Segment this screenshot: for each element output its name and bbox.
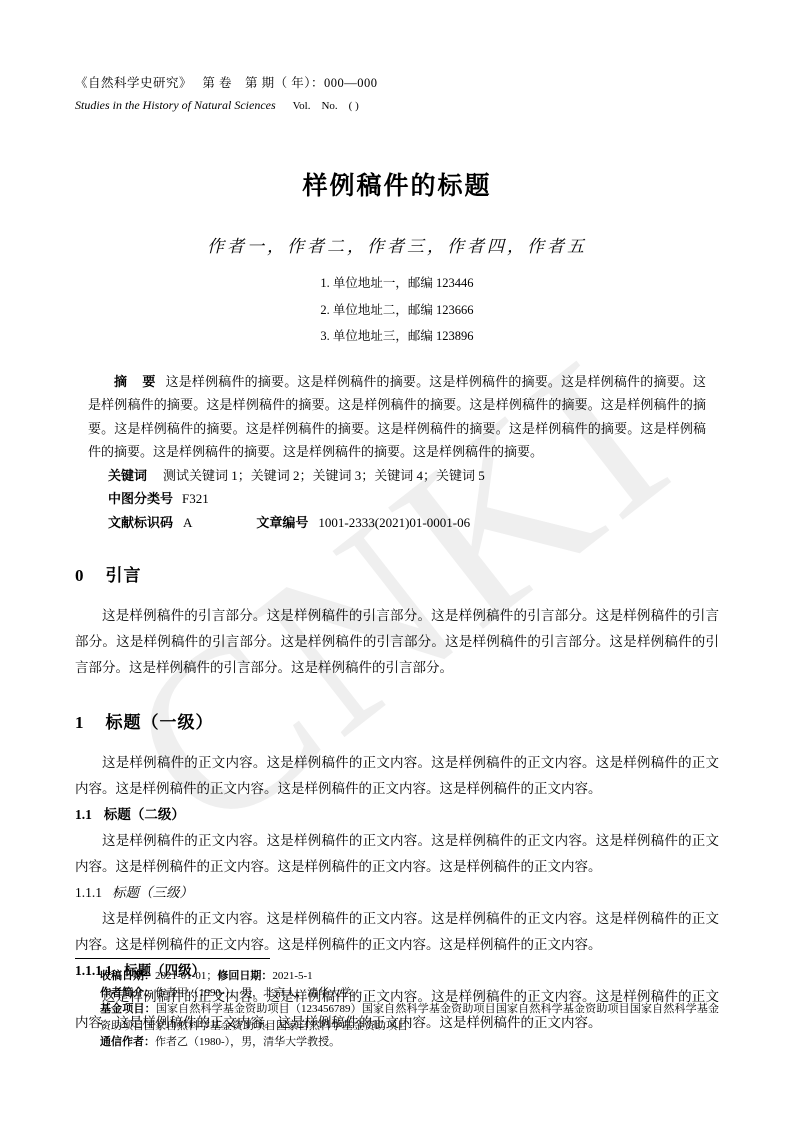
doc-code-label: 文献标识码 [108,515,173,530]
footnote-corresponding: 通信作者：作者乙（1980-），男，清华大学教授。 [100,1034,719,1051]
journal-vol-no: Vol. No. ( ) [293,100,359,112]
keywords-text: 测试关键词 1；关键词 2；关键词 3；关键词 4；关键词 5 [163,468,485,483]
funding-value: 国家自然科学基金资助项目（123456789）国家自然科学基金资助项目国家自然科… [100,1003,719,1032]
footnote-area: 收稿日期：2021-01-01；修回日期：2021-5-1 作者简介：作者甲（1… [75,958,719,1051]
abstract-text: 这是样例稿件的摘要。这是样例稿件的摘要。这是样例稿件的摘要。这是样例稿件的摘要。… [88,374,706,460]
running-head: 《自然科学史研究》 第 卷 第 期（ 年）：000—000 Studies in… [75,76,719,114]
heading-title: 标题（二级） [104,807,185,822]
affiliation-item: 1. 单位地址一，邮编 123446 [75,270,719,297]
document-page: CNKI 《自然科学史研究》 第 卷 第 期（ 年）：000—000 Studi… [0,0,794,1123]
paragraph: 这是样例稿件的引言部分。这是样例稿件的引言部分。这是样例稿件的引言部分。这是样例… [75,603,719,681]
heading-level3: 1.1.1标题（三级） [75,880,719,906]
affiliations: 1. 单位地址一，邮编 123446 2. 单位地址二，邮编 123666 3.… [75,270,719,350]
funding-label: 基金项目： [100,1003,156,1015]
article-id-label: 文章编号 [256,515,308,530]
keywords-line: 关键词测试关键词 1；关键词 2；关键词 3；关键词 4；关键词 5 [88,464,706,488]
heading-title: 标题（一级） [106,713,214,732]
article-title: 样例稿件的标题 [75,166,719,202]
heading-level1: 1标题（一级） [75,708,719,733]
revised-value: 2021-5-1 [272,970,312,982]
heading-title: 引言 [106,566,142,585]
paragraph: 这是样例稿件的正文内容。这是样例稿件的正文内容。这是样例稿件的正文内容。这是样例… [75,750,719,802]
footnote-block: 收稿日期：2021-01-01；修回日期：2021-5-1 作者简介：作者甲（1… [75,968,719,1051]
bio-value: 作者甲（1990-），男，北京人，清华大学。 [155,987,362,999]
affiliation-item: 2. 单位地址二，邮编 123666 [75,297,719,324]
bio-label: 作者简介： [100,987,155,999]
section-1-1: 1.1标题（二级） 这是样例稿件的正文内容。这是样例稿件的正文内容。这是样例稿件… [75,802,719,880]
section-1-1-1: 1.1.1标题（三级） 这是样例稿件的正文内容。这是样例稿件的正文内容。这是样例… [75,880,719,958]
corresponding-value: 作者乙（1980-），男，清华大学教授。 [155,1036,340,1048]
heading-number: 1.1 [75,807,92,822]
journal-title-en: Studies in the History of Natural Scienc… [75,98,276,112]
page-content: 《自然科学史研究》 第 卷 第 期（ 年）：000—000 Studies in… [0,0,794,1036]
paragraph: 这是样例稿件的正文内容。这是样例稿件的正文内容。这是样例稿件的正文内容。这是样例… [75,906,719,958]
footnote-bio: 作者简介：作者甲（1990-），男，北京人，清华大学。 [100,985,719,1002]
abstract-block: 摘 要这是样例稿件的摘要。这是样例稿件的摘要。这是样例稿件的摘要。这是样例稿件的… [88,370,706,535]
affiliation-item: 3. 单位地址三，邮编 123896 [75,323,719,350]
clc-label: 中图分类号 [108,491,173,506]
heading-title: 标题（三级） [112,885,193,900]
footnote-separator [75,958,270,959]
corresponding-label: 通信作者： [100,1036,155,1048]
revised-label: 修回日期： [217,970,272,982]
abstract-label: 摘 要 [114,374,157,389]
clc-line: 中图分类号F321 [88,487,706,511]
journal-line-cn: 《自然科学史研究》 第 卷 第 期（ 年）：000—000 [75,76,719,91]
codes-line: 文献标识码A文章编号1001-2333(2021)01-0001-06 [88,511,706,535]
section-intro: 0引言 这是样例稿件的引言部分。这是样例稿件的引言部分。这是样例稿件的引言部分。… [75,561,719,681]
doc-code-value: A [183,515,192,530]
heading-number: 1.1.1 [75,885,102,900]
received-label: 收稿日期： [100,970,155,982]
article-id-value: 1001-2333(2021)01-0001-06 [318,515,470,530]
clc-value: F321 [182,491,209,506]
authors-line: 作者一，作者二，作者三，作者四，作者五 [75,232,719,257]
heading-level1: 0引言 [75,561,719,586]
keywords-label: 关键词 [108,468,147,483]
heading-number: 1 [75,713,85,732]
section-1: 1标题（一级） 这是样例稿件的正文内容。这是样例稿件的正文内容。这是样例稿件的正… [75,708,719,802]
abstract-paragraph: 摘 要这是样例稿件的摘要。这是样例稿件的摘要。这是样例稿件的摘要。这是样例稿件的… [88,370,706,464]
heading-number: 0 [75,566,85,585]
heading-level2: 1.1标题（二级） [75,802,719,828]
footnote-dates: 收稿日期：2021-01-01；修回日期：2021-5-1 [100,968,719,985]
received-value: 2021-01-01； [155,970,217,982]
footnote-funding: 基金项目：国家自然科学基金资助项目（123456789）国家自然科学基金资助项目… [100,1001,719,1034]
journal-line-en: Studies in the History of Natural Scienc… [75,98,719,114]
paragraph: 这是样例稿件的正文内容。这是样例稿件的正文内容。这是样例稿件的正文内容。这是样例… [75,828,719,880]
